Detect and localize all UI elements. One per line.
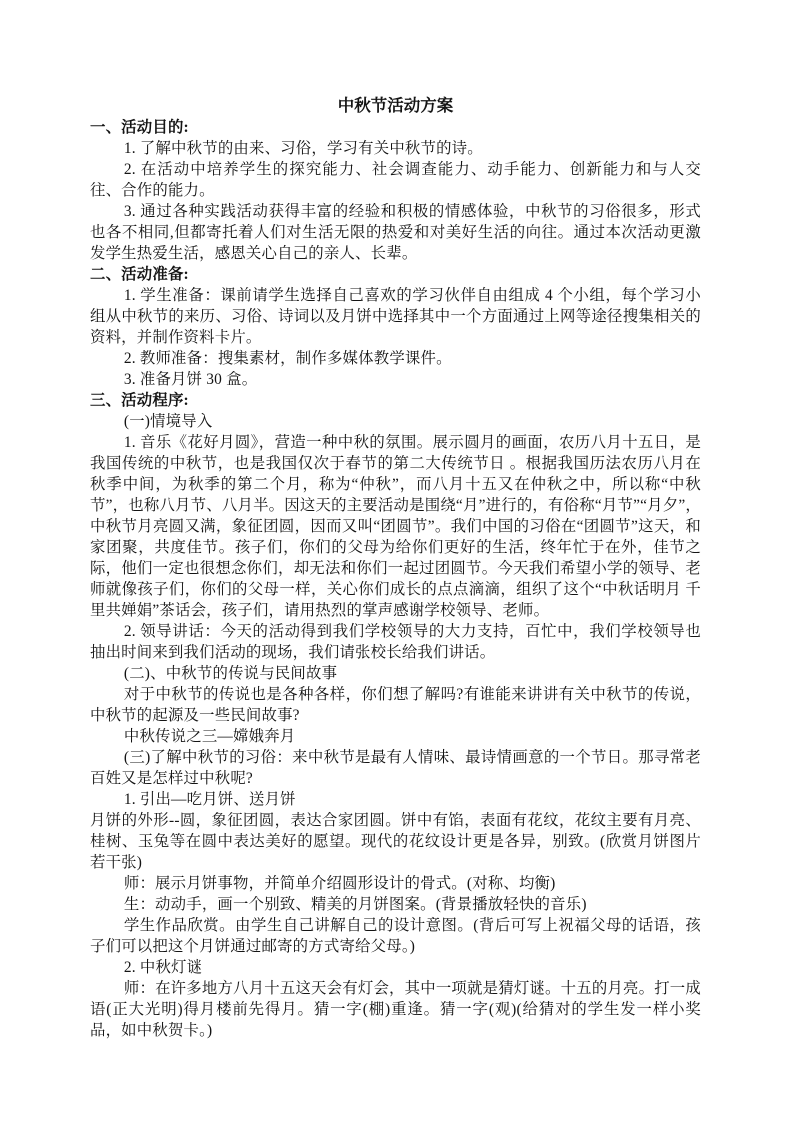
paragraph: (三)了解中秋节的习俗：来中秋节是最有人情味、最诗情画意的一个节日。那寻常老百姓… [90, 747, 701, 789]
paragraph: 月饼的外形--圆，象征团圆，表达合家团圆。饼中有馅，表面有花纹，花纹主要有月亮、… [90, 810, 701, 873]
paragraph: 一、活动目的: [90, 117, 701, 138]
paragraph: 学生作品欣赏。由学生自己讲解自己的设计意图。(背后可写上祝福父母的话语，孩子们可… [90, 915, 701, 957]
paragraph: 2. 在活动中培养学生的探究能力、社会调查能力、动手能力、创新能力和与人交往、合… [90, 159, 701, 201]
paragraph: 1. 音乐《花好月圆》，营造一种中秋的氛围。展示圆月的画面，农历八月十五日，是我… [90, 432, 701, 621]
paragraph: 三、活动程序: [90, 390, 701, 411]
paragraph: 师：在许多地方八月十五这天会有灯会，其中一项就是猜灯谜。十五的月亮。打一成语(正… [90, 978, 701, 1041]
paragraph: (一)情境导入 [90, 411, 701, 432]
document-body: 一、活动目的:1. 了解中秋节的由来、习俗，学习有关中秋节的诗。2. 在活动中培… [90, 117, 701, 1041]
paragraph: 2. 领导讲话：今天的活动得到我们学校领导的大力支持，百忙中，我们学校领导也抽出… [90, 621, 701, 663]
document-page: 中秋节活动方案 一、活动目的:1. 了解中秋节的由来、习俗，学习有关中秋节的诗。… [0, 0, 793, 1122]
paragraph: (二)、中秋节的传说与民间故事 [90, 663, 701, 684]
paragraph: 1. 了解中秋节的由来、习俗，学习有关中秋节的诗。 [90, 138, 701, 159]
paragraph: 中秋传说之三—嫦娥奔月 [90, 726, 701, 747]
paragraph: 对于中秋节的传说也是各种各样，你们想了解吗?有谁能来讲讲有关中秋节的传说，中秋节… [90, 684, 701, 726]
document-title: 中秋节活动方案 [90, 95, 701, 116]
paragraph: 1. 引出—吃月饼、送月饼 [90, 789, 701, 810]
paragraph: 师：展示月饼事物，并简单介绍圆形设计的骨式。(对称、均衡) [90, 873, 701, 894]
paragraph: 3. 准备月饼 30 盒。 [90, 369, 701, 390]
paragraph: 二、活动准备: [90, 264, 701, 285]
paragraph: 2. 教师准备：搜集素材，制作多媒体教学课件。 [90, 348, 701, 369]
paragraph: 生：动动手，画一个别致、精美的月饼图案。(背景播放轻快的音乐) [90, 894, 701, 915]
paragraph: 3. 通过各种实践活动获得丰富的经验和积极的情感体验，中秋节的习俗很多，形式也各… [90, 201, 701, 264]
paragraph: 2. 中秋灯谜 [90, 957, 701, 978]
paragraph: 1. 学生准备：课前请学生选择自己喜欢的学习伙伴自由组成 4 个小组，每个学习小… [90, 285, 701, 348]
